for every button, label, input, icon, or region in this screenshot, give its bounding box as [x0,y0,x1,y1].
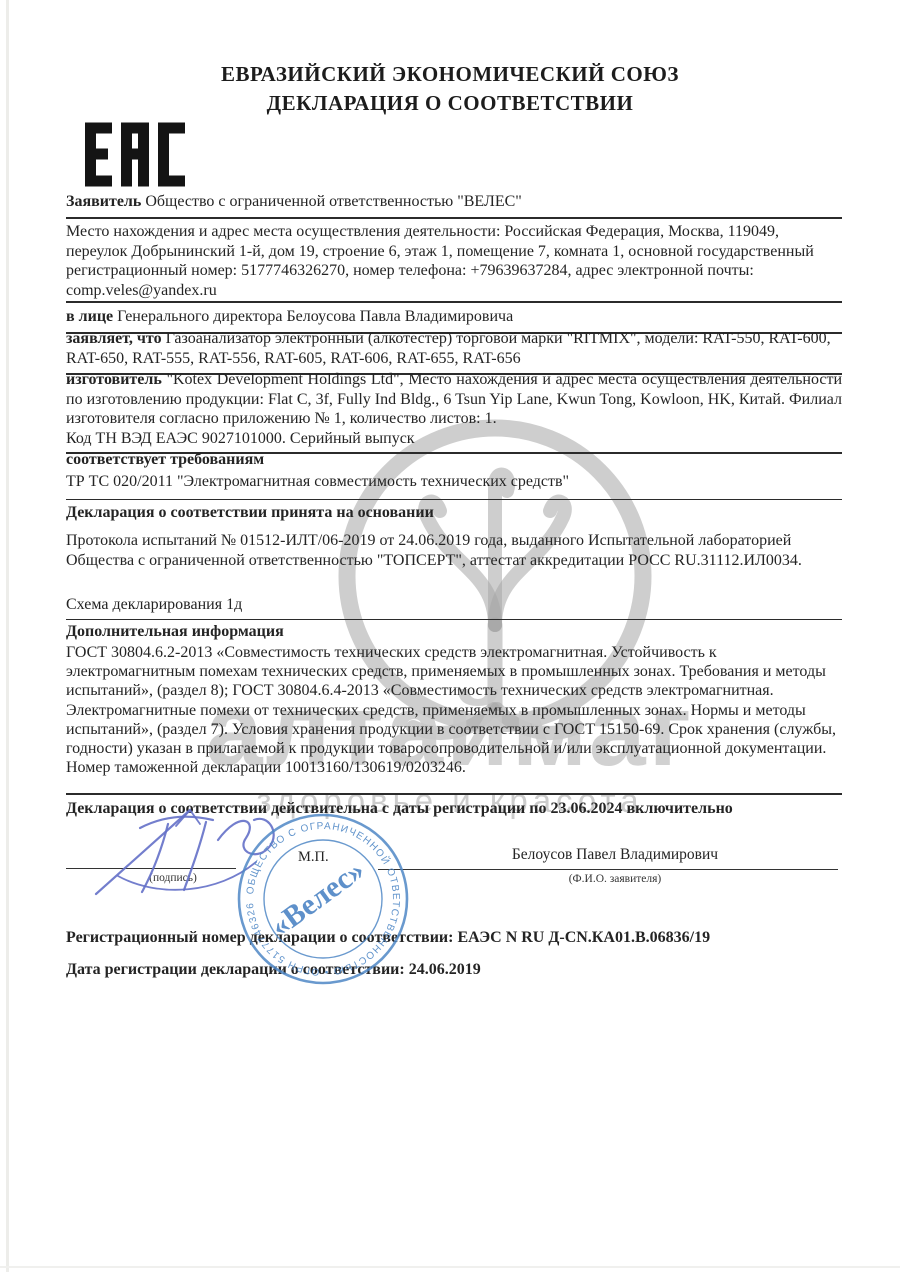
applicant-value: Общество с ограниченной ответственностью… [145,193,521,210]
representative-value: Генерального директора Белоусова Павла В… [117,308,513,325]
company-stamp: ОБЩЕСТВО С ОГРАНИЧЕННОЙ ОТВЕТСТВЕННОСТЬЮ… [235,808,411,990]
scan-edge-bottom [0,1266,900,1268]
manufacturer-block: изготовитель "Kotex Development Holdings… [66,370,842,454]
fullname-caption: (Ф.И.О. заявителя) [515,873,715,885]
product-value: Газоанализатор электронный (алкотестер) … [66,330,831,367]
manufacturer-paragraph: изготовитель "Kotex Development Holdings… [66,370,842,429]
divider-basis [66,619,842,620]
additional-info-header: Дополнительная информация [66,622,842,642]
compliance-header: соответствует требованиям [66,450,842,470]
manufacturer-label: изготовитель [66,371,162,388]
divider-compliance [66,499,842,500]
basis-header: Декларация о соответствии принята на осн… [66,503,842,523]
fullname-line [378,869,838,870]
applicant-label: Заявитель [66,193,141,210]
declaration-scheme-line: Схема декларирования 1д [66,595,842,615]
compliance-body: ТР ТС 020/2011 "Электромагнитная совмест… [66,472,842,492]
registration-number-line: Регистрационный номер декларации о соотв… [66,928,866,948]
product-block: заявляет, что Газоанализатор электронный… [66,329,842,375]
basis-body: Протокола испытаний № 01512-ИЛТ/06-2019 … [66,531,842,570]
title-union: ЕВРАЗИЙСКИЙ ЭКОНОМИЧЕСКИЙ СОЮЗ [0,62,900,87]
title-declaration: ДЕКЛАРАЦИЯ О СООТВЕТСТВИИ [0,91,900,116]
applicant-row: Заявитель Общество с ограниченной ответс… [66,192,842,212]
manufacturer-value: "Kotex Development Holdings Ltd", Место … [66,371,842,427]
additional-info-body: ГОСТ 30804.6.2-2013 «Совместимость техни… [66,643,842,777]
tnved-code-line: Код ТН ВЭД ЕАЭС 9027101000. Серийный вып… [66,429,842,449]
eac-mark-icon [85,122,185,187]
address-block: Место нахождения и адрес места осуществл… [66,217,842,300]
declares-label: заявляет, что [66,330,162,347]
representative-label: в лице [66,308,113,325]
declaration-page: алтаймаг здоровье и красота ЕВРАЗИЙСКИЙ … [0,0,900,1272]
applicant-fullname: Белоусов Павел Владимирович [445,845,785,865]
scan-edge-left [6,0,9,1272]
registration-date-line: Дата регистрации декларации о соответств… [66,960,866,980]
stamp-center-text: «Велес» [264,853,370,943]
